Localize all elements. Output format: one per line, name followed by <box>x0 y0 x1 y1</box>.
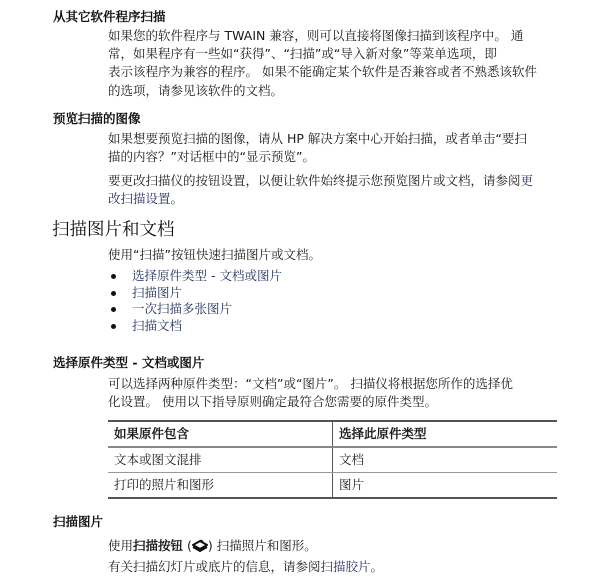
table-row: 打印的照片和图形 图片 <box>108 473 557 499</box>
table-header-cell: 选择此原件类型 <box>333 421 558 447</box>
link-scan-documents[interactable]: 扫描文档 <box>132 318 182 333</box>
paragraph-select-type: 可以选择两种原件类型：“文档”或“图片”。 扫描仪将根据您所作的选择优 化设置。… <box>108 375 556 411</box>
table-cell: 图片 <box>333 473 558 499</box>
list-item: 扫描图片 <box>108 285 282 302</box>
document-page: 从其它软件程序扫描 如果您的软件程序与 TWAIN 兼容，则可以直接将图像扫描到… <box>0 0 595 580</box>
link-select-original-type[interactable]: 选择原件类型 - 文档或图片 <box>132 268 282 283</box>
text: 。 <box>171 191 184 206</box>
table-cell: 文本或图文混排 <box>108 447 333 473</box>
text-line: 的选项，请参见该软件的文档。 <box>108 82 556 100</box>
change-scan-settings-link[interactable]: 更 <box>521 173 534 188</box>
table-row: 文本或图文混排 文档 <box>108 447 557 473</box>
scan-film-link[interactable]: 扫描胶片 <box>321 559 371 574</box>
text-line: 可以选择两种原件类型：“文档”或“图片”。 扫描仪将根据您所作的选择优 <box>108 375 556 393</box>
original-type-table: 如果原件包含 选择此原件类型 文本或图文混排 文档 打印的照片和图形 图片 <box>108 420 557 499</box>
text-line: 要更改扫描仪的按钮设置，以便让软件始终提示您预览图片或文档，请参阅更 <box>108 172 556 190</box>
paragraph-preview: 如果想要预览扫描的图像，请从 HP 解决方案中心开始扫描，或者单击“要扫 描的内… <box>108 130 556 166</box>
list-item: 选择原件类型 - 文档或图片 <box>108 268 282 285</box>
heading-scan-pictures: 扫描图片 <box>53 514 103 530</box>
text: 使用 <box>108 538 133 553</box>
text-line: 表示该程序为兼容的程序。 如果不能确定某个软件是否兼容或者不熟悉该软件 <box>108 63 556 81</box>
bullet-icon <box>111 291 116 296</box>
heading-preview-scan: 预览扫描的图像 <box>53 111 141 127</box>
paragraph-scan-intro: 使用“扫描”按钮快速扫描图片或文档。 <box>108 246 556 264</box>
topic-link-list: 选择原件类型 - 文档或图片 扫描图片 一次扫描多张图片 扫描文档 <box>108 268 282 334</box>
change-scan-settings-link[interactable]: 改扫描设置 <box>108 191 171 206</box>
text: ) 扫描照片和图形。 <box>208 538 317 553</box>
text-line: 化设置。 使用以下指导原则确定最符合您需要的原件类型。 <box>108 393 556 411</box>
bullet-icon <box>111 307 116 312</box>
heading-select-original-type: 选择原件类型 - 文档或图片 <box>53 355 204 371</box>
paragraph-change-settings: 要更改扫描仪的按钮设置，以便让软件始终提示您预览图片或文档，请参阅更 改扫描设置… <box>108 172 556 208</box>
link-scan-multiple-pictures[interactable]: 一次扫描多张图片 <box>132 301 232 316</box>
table-cell: 打印的照片和图形 <box>108 473 333 499</box>
text-line: 如果想要预览扫描的图像，请从 HP 解决方案中心开始扫描，或者单击“要扫 <box>108 130 556 148</box>
bullet-icon <box>111 274 116 279</box>
text: ( <box>183 538 192 553</box>
text-line: 常，如果程序有一些如“获得”、“扫描”或“导入新对象”等菜单选项，即 <box>108 45 556 63</box>
text-line: 描的内容？”对话框中的“显示预览”。 <box>108 148 556 166</box>
link-scan-pictures[interactable]: 扫描图片 <box>132 285 182 300</box>
text: 有关扫描幻灯片或底片的信息，请参阅 <box>108 559 321 574</box>
text-line: 有关扫描幻灯片或底片的信息，请参阅扫描胶片。 <box>108 558 556 576</box>
scan-button-label: 扫描按钮 <box>133 538 183 553</box>
table-cell: 文档 <box>333 447 558 473</box>
text-line: 使用扫描按钮 () 扫描照片和图形。 <box>108 537 556 555</box>
scanner-icon <box>192 539 208 552</box>
text-line: 如果您的软件程序与 TWAIN 兼容，则可以直接将图像扫描到该程序中。 通 <box>108 27 556 45</box>
text: 。 <box>371 559 384 574</box>
text-line: 使用“扫描”按钮快速扫描图片或文档。 <box>108 246 556 264</box>
paragraph-scan-pictures: 使用扫描按钮 () 扫描照片和图形。 有关扫描幻灯片或底片的信息，请参阅扫描胶片… <box>108 537 556 576</box>
table-header-cell: 如果原件包含 <box>108 421 333 447</box>
paragraph-twain: 如果您的软件程序与 TWAIN 兼容，则可以直接将图像扫描到该程序中。 通 常，… <box>108 27 556 100</box>
bullet-icon <box>111 324 116 329</box>
heading-scan-pictures-and-documents: 扫描图片和文档 <box>52 219 175 241</box>
heading-scan-from-other-software: 从其它软件程序扫描 <box>53 9 166 25</box>
text: 要更改扫描仪的按钮设置，以便让软件始终提示您预览图片或文档，请参阅 <box>108 173 521 188</box>
list-item: 扫描文档 <box>108 318 282 335</box>
text-line: 改扫描设置。 <box>108 190 556 208</box>
table-header-row: 如果原件包含 选择此原件类型 <box>108 421 557 447</box>
list-item: 一次扫描多张图片 <box>108 301 282 318</box>
